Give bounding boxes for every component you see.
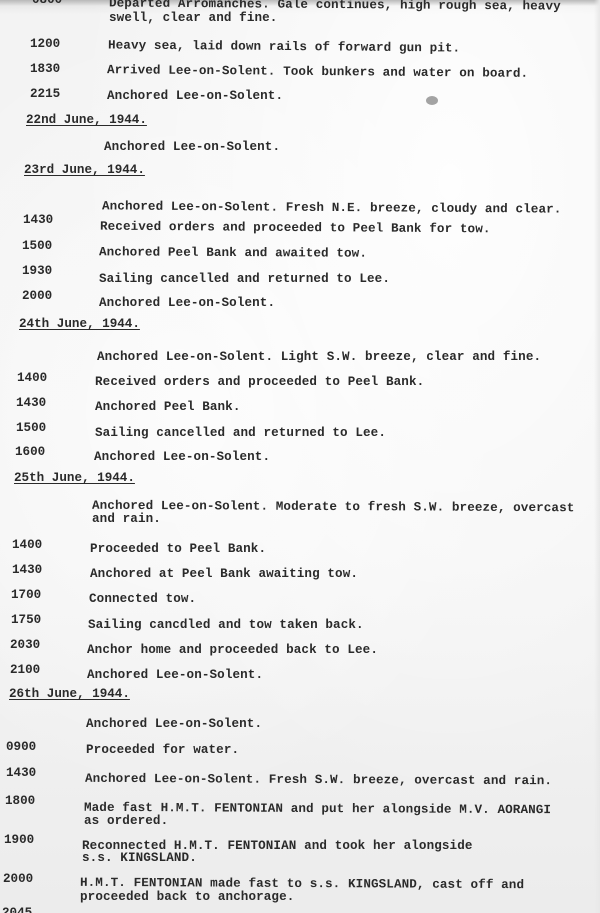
entry-time: 1400 xyxy=(12,539,42,552)
entry-time: 0900 xyxy=(6,741,36,754)
date-heading: 25th June, 1944. xyxy=(14,472,135,485)
entry-time: 1200 xyxy=(30,38,60,51)
entry-time-partial: 2045 xyxy=(2,907,32,913)
entry-text: Sailing cancdled and tow taken back. xyxy=(88,619,364,632)
entry-time: 1930 xyxy=(22,265,52,278)
entry-time: 2100 xyxy=(10,664,40,677)
entry-text: Proceeded for water. xyxy=(86,744,239,757)
entry-text: Anchored Peel Bank. xyxy=(95,401,241,414)
entry-text: Anchored Peel Bank and awaited tow. xyxy=(99,246,367,260)
entry-time: 2215 xyxy=(30,88,60,101)
entry-text: Heavy sea, laid down rails of forward gu… xyxy=(108,39,460,55)
entry-time: 0800 xyxy=(32,0,62,7)
page-edge xyxy=(594,0,600,913)
entry-text: Arrived Lee-on-Solent. Took bunkers and … xyxy=(107,64,528,81)
entry-time: 1900 xyxy=(4,834,34,847)
date-heading: 24th June, 1944. xyxy=(19,318,140,331)
entry-text: Proceeded to Peel Bank. xyxy=(90,543,266,556)
entry-time: 1830 xyxy=(30,63,60,76)
entry-text: Anchored Lee-on-Solent. Light S.W. breez… xyxy=(97,351,541,364)
entry-text: Sailing cancelled and returned to Lee. xyxy=(95,427,386,440)
entry-text-cont: swell, clear and fine. xyxy=(109,12,277,25)
entry-text-cont: and rain. xyxy=(92,513,161,526)
entry-text: Anchored Lee-on-Solent. xyxy=(86,718,262,731)
entry-text: Anchored Lee-on-Solent. xyxy=(87,669,263,682)
entry-time: 1800 xyxy=(5,795,35,808)
entry-text: Anchored Lee-on-Solent. xyxy=(99,297,275,310)
entry-time: 1500 xyxy=(16,422,46,435)
entry-time: 2000 xyxy=(3,873,33,886)
entry-time: 1430 xyxy=(12,564,42,577)
entry-text: Anchored Lee-on-Solent. Fresh N.E. breez… xyxy=(102,200,562,216)
entry-time: 2030 xyxy=(10,639,40,652)
entry-text: Anchored Lee-on-Solent. xyxy=(104,141,280,154)
entry-text: Connected tow. xyxy=(89,593,196,606)
entry-time: 1500 xyxy=(22,240,52,253)
entry-text: Anchored Lee-on-Solent. xyxy=(94,451,270,464)
entry-text: Anchored Lee-on-Solent. xyxy=(107,90,283,103)
entry-text-cont: as ordered. xyxy=(84,815,168,828)
entry-time: 1700 xyxy=(11,589,41,602)
entry-time: 1750 xyxy=(11,614,41,627)
entry-text: Received orders and proceeded to Peel Ba… xyxy=(95,376,424,389)
date-heading: 26th June, 1944. xyxy=(9,688,130,701)
entry-time: 2000 xyxy=(22,290,52,303)
entry-text: Anchor home and proceeded back to Lee. xyxy=(87,644,378,657)
entry-time: 1400 xyxy=(17,372,47,385)
entry-text-cont: s.s. KINGSLAND. xyxy=(82,852,197,865)
entry-text: Sailing cancelled and returned to Lee. xyxy=(99,273,390,286)
entry-time: 1600 xyxy=(15,446,45,459)
date-heading: 22nd June, 1944. xyxy=(26,114,147,127)
date-heading: 23rd June, 1944. xyxy=(24,164,145,177)
entry-text: Anchored at Peel Bank awaiting tow. xyxy=(90,568,358,581)
ink-smudge xyxy=(426,96,438,105)
entry-text: Received orders and proceeded to Peel Ba… xyxy=(100,221,491,237)
entry-text: Anchored Lee-on-Solent. Fresh S.W. breez… xyxy=(85,773,552,788)
entry-time: 1430 xyxy=(23,214,53,227)
entry-time: 1430 xyxy=(16,397,46,410)
scanned-log-page: 0800 Departed Arromanches. Gale continue… xyxy=(0,0,600,913)
entry-text-cont: proceeded back to anchorage. xyxy=(80,891,294,904)
entry-text: Anchored Lee-on-Solent. Moderate to fres… xyxy=(92,500,574,516)
entry-time: 1430 xyxy=(6,767,36,780)
